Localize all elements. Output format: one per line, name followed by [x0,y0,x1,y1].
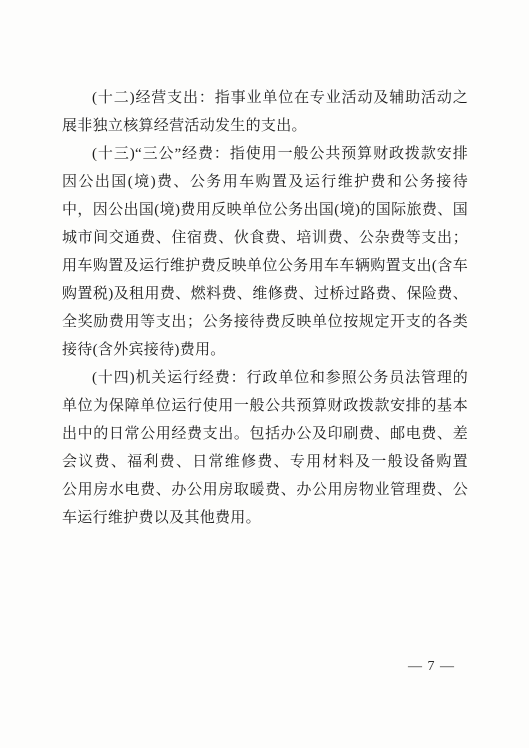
paragraph-item-12: (十二)经营支出：指事业单位在专业活动及辅助活动之外开 展非独立核算经营活动发生… [62,84,468,140]
paragraph-item-13: (十三)“三公”经费：指使用一般公共预算财政拨款安排的 因公出国(境)费、公务用… [62,140,468,364]
page-number: — 7 — [408,659,455,675]
text-line: 单位为保障单位运行使用一般公共预算财政拨款安排的基本支 [62,392,468,420]
text-line: 接待(含外宾接待)费用。 [62,336,468,364]
document-page: (十二)经营支出：指事业单位在专业活动及辅助活动之外开 展非独立核算经营活动发生… [0,0,529,748]
text-line: (十四)机关运行经费：行政单位和参照公务员法管理的事业 [62,364,468,392]
text-line: 购置税)及租用费、燃料费、维修费、过桥过路费、保险费、安 [62,280,468,308]
text-line: 中，因公出国(境)费用反映单位公务出国(境)的国际旅费、国外 [62,196,468,224]
text-line: 展非独立核算经营活动发生的支出。 [62,112,468,140]
text-line: 出中的日常公用经费支出。包括办公及印刷费、邮电费、差旅费、 [62,420,468,448]
text-line: 会议费、福利费、日常维修费、专用材料及一般设备购置费、办 [62,448,468,476]
text-line: (十三)“三公”经费：指使用一般公共预算财政拨款安排的 [62,140,468,168]
text-line: 城市间交通费、住宿费、伙食费、培训费、公杂费等支出；公务 [62,224,468,252]
text-line: 用车购置及运行维护费反映单位公务用车车辆购置支出(含车辆 [62,252,468,280]
text-line: 全奖励费用等支出；公务接待费反映单位按规定开支的各类公务 [62,308,468,336]
text-line: (十二)经营支出：指事业单位在专业活动及辅助活动之外开 [62,84,468,112]
text-line: 因公出国(境)费、公务用车购置及运行维护费和公务接待费。其 [62,168,468,196]
document-body: (十二)经营支出：指事业单位在专业活动及辅助活动之外开 展非独立核算经营活动发生… [62,84,468,532]
text-line: 车运行维护费以及其他费用。 [62,504,468,532]
paragraph-item-14: (十四)机关运行经费：行政单位和参照公务员法管理的事业 单位为保障单位运行使用一… [62,364,468,532]
text-line: 公用房水电费、办公用房取暖费、办公用房物业管理费、公务用 [62,476,468,504]
